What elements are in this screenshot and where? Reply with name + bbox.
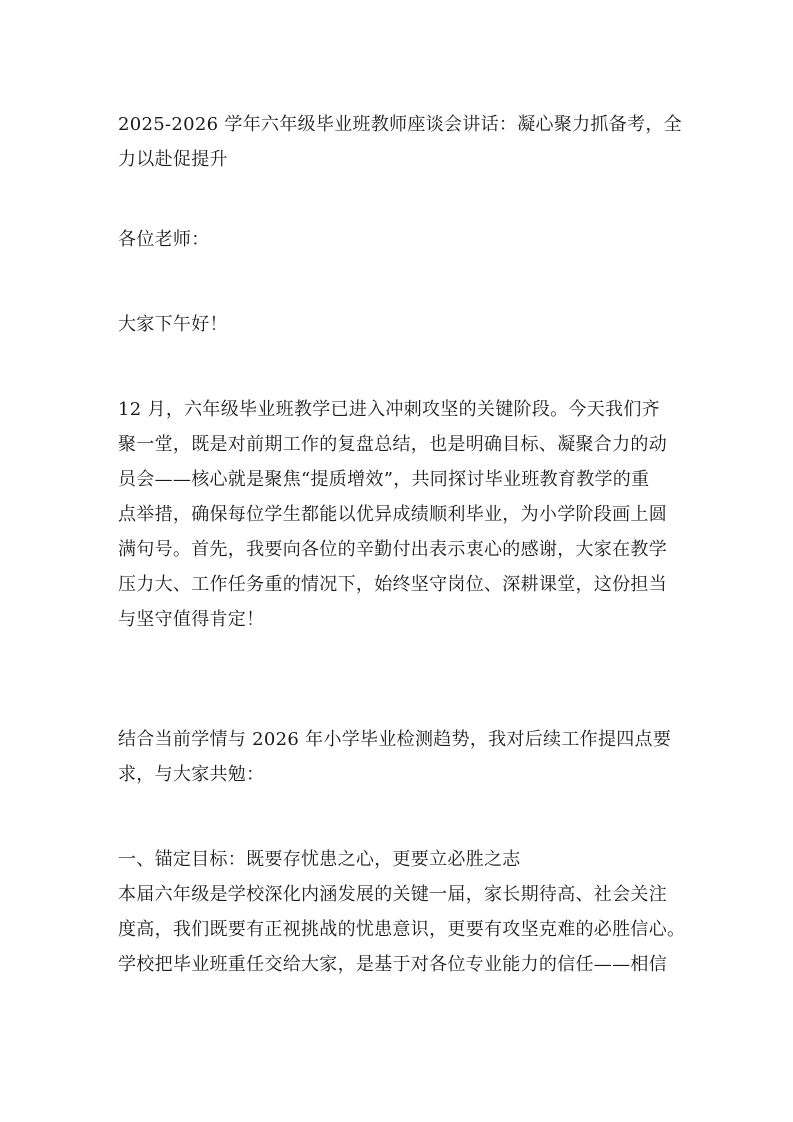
paragraph-1-line: 压力大、工作任务重的情况下，始终坚守岗位、深耕课堂，这份担当: [118, 573, 667, 597]
paragraph-1-line: 点举措，确保每位学生都能以优异成绩顺利毕业，为小学阶段画上圆: [118, 503, 667, 527]
paragraph-1-line: 满句号。首先，我要向各位的辛勤付出表示衷心的感谢，大家在教学: [118, 538, 667, 562]
paragraph-2-line: 求，与大家共勉：: [118, 763, 264, 787]
section-1-line: 本届六年级是学校深化内涵发展的关键一届，家长期待高、社会关注: [118, 883, 667, 907]
paragraph-1-line: 员会——核心就是聚焦“提质增效”，共同探讨毕业班教育教学的重: [118, 468, 649, 492]
greeting: 大家下午好！: [118, 313, 228, 337]
section-1-heading: 一、锚定目标：既要存忧患之心，更要立必胜之志: [118, 848, 521, 872]
paragraph-1-line: 与坚守值得肯定！: [118, 608, 264, 632]
document-title-line-1: 2025-2026 学年六年级毕业班教师座谈会讲话：凝心聚力抓备考，全: [118, 113, 682, 137]
paragraph-1-line: 12 月，六年级毕业班教学已进入冲刺攻坚的关键阶段。今天我们齐: [118, 398, 660, 422]
paragraph-1-line: 聚一堂，既是对前期工作的复盘总结，也是明确目标、凝聚合力的动: [118, 433, 667, 457]
section-1-line: 度高，我们既要有正视挑战的忧患意识，更要有攻坚克难的必胜信心。: [118, 918, 685, 942]
salutation: 各位老师：: [118, 228, 210, 252]
paragraph-2-line: 结合当前学情与 2026 年小学毕业检测趋势，我对后续工作提四点要: [118, 728, 671, 752]
document-title-line-2: 力以赴促提升: [118, 148, 228, 172]
section-1-line: 学校把毕业班重任交给大家，是基于对各位专业能力的信任——相信: [118, 953, 667, 977]
